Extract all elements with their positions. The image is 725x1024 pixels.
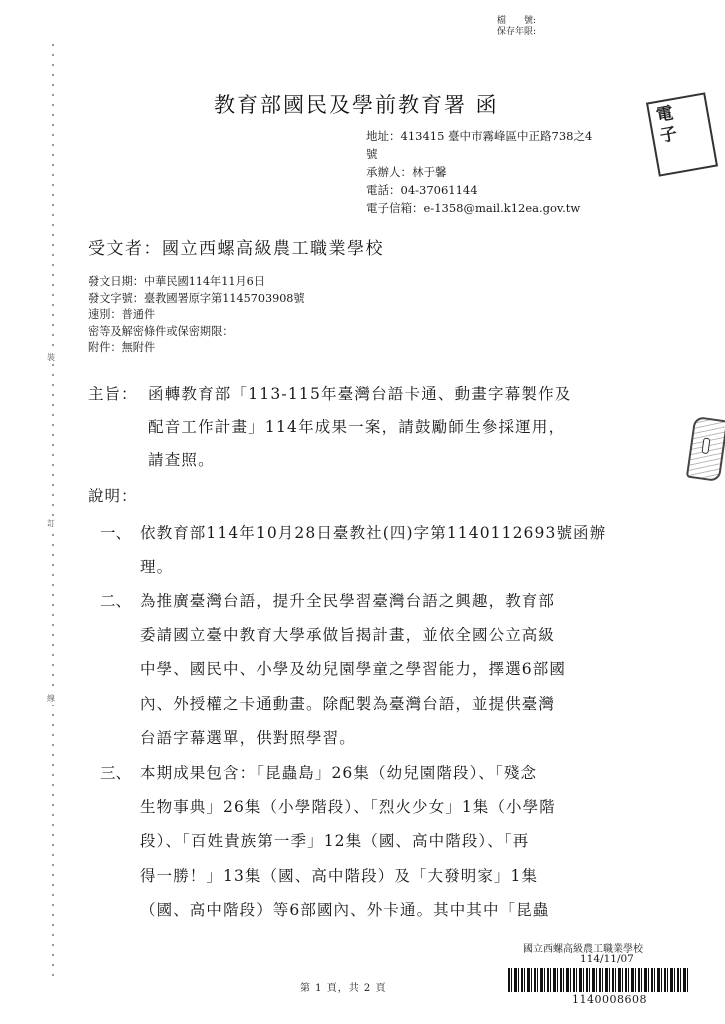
item-line: 委請國立臺中教育大學承做旨揭計畫，並依全國公立高級 bbox=[140, 618, 660, 652]
recipient: 受文者：國立西螺高級農工職業學校 bbox=[88, 234, 384, 259]
item-line: 內、外授權之卡通動畫。除配製為臺灣台語，並提供臺灣 bbox=[140, 687, 660, 721]
subject-line: 函轉教育部「113-115年臺灣台語卡通、動畫字幕製作及 bbox=[148, 378, 658, 411]
confidentiality: 密等及解密條件或保密期限： bbox=[88, 324, 305, 341]
item-body: 依教育部114年10月28日臺教社(四)字第1140112693號函辦 理。 bbox=[140, 516, 660, 584]
item-body: 本期成果包含：「昆蟲島」26集（幼兒園階段）、「殘念 生物事典」26集（小學階段… bbox=[140, 756, 660, 927]
page-indicator: 第 1 頁，共 2 頁 bbox=[300, 979, 386, 994]
stamp-col-left: 電子 bbox=[655, 102, 684, 147]
contact-email: 電子信箱：e-1358@mail.k12ea.gov.tw bbox=[366, 199, 656, 217]
dispatch-number: 發文字號：臺教國署原字第1145703908號 bbox=[88, 291, 305, 308]
item-line: 本期成果包含：「昆蟲島」26集（幼兒園階段）、「殘念 bbox=[140, 756, 660, 790]
item-line: 為推廣臺灣台語，提升全民學習臺灣台語之興趣，教育部 bbox=[140, 584, 660, 618]
explanation-label: 說明： bbox=[88, 484, 138, 506]
contact-phone: 電話：04-37061144 bbox=[366, 181, 656, 199]
item-line: 中學、國民中、小學及幼兒園學童之學習能力，擇選6部國 bbox=[140, 652, 660, 686]
item-line: （國、高中階段）等6部國內、外卡通。其中其中「昆蟲 bbox=[140, 893, 660, 927]
electronic-seal-stamp: 電子 bbox=[646, 92, 718, 176]
item-number: 一、 bbox=[100, 516, 131, 550]
document-title: 教育部國民及學前教育署 函 bbox=[214, 89, 499, 119]
seal-inner-mark bbox=[701, 437, 710, 454]
item-line: 台語字幕選單，供對照學習。 bbox=[140, 721, 660, 755]
item-line: 生物事典」26集（小學階段）、「烈火少女」1集（小學階 bbox=[140, 790, 660, 824]
dispatch-date: 發文日期：中華民國114年11月6日 bbox=[88, 274, 305, 291]
binding-mark-zhuang: 裝 bbox=[47, 352, 55, 364]
item-body: 為推廣臺灣台語，提升全民學習臺灣台語之興趣，教育部 委請國立臺中教育大學承做旨揭… bbox=[140, 584, 660, 755]
item-line: 理。 bbox=[140, 550, 660, 584]
file-number-label: 檔 號: bbox=[497, 16, 536, 27]
subject-label: 主旨： bbox=[88, 378, 138, 411]
subject-line: 請查照。 bbox=[148, 444, 658, 477]
subject-body: 函轉教育部「113-115年臺灣台語卡通、動畫字幕製作及 配音工作計畫」114年… bbox=[148, 378, 658, 477]
contact-address-cont: 號 bbox=[366, 145, 656, 163]
item-line: 依教育部114年10月28日臺教社(四)字第1140112693號函辦 bbox=[140, 516, 660, 550]
attachments: 附件：無附件 bbox=[88, 340, 305, 357]
contact-block: 地址：413415 臺中市霧峰區中正路738之4 號 承辦人：林于馨 電話：04… bbox=[366, 127, 656, 217]
contact-handler: 承辦人：林于馨 bbox=[366, 163, 656, 181]
item-line: 段）、「百姓貴族第一季」12集（國、高中階段）、「再 bbox=[140, 824, 660, 858]
file-meta: 檔 號: 保存年限: bbox=[497, 16, 536, 38]
dispatch-meta: 發文日期：中華民國114年11月6日 發文字號：臺教國署原字第114570390… bbox=[88, 274, 305, 357]
subject-line: 配音工作計畫」114年成果一案，請鼓勵師生參採運用， bbox=[148, 411, 658, 444]
binding-mark-ding: 訂 bbox=[47, 518, 55, 530]
speed-category: 速別：普通件 bbox=[88, 307, 305, 324]
item-number: 二、 bbox=[100, 584, 131, 618]
barcode-number: 1140008608 bbox=[572, 993, 647, 1006]
binding-dotted-line bbox=[52, 40, 54, 980]
receive-date: 114/11/07 bbox=[580, 953, 634, 965]
stamp-char: 電子 bbox=[655, 102, 684, 147]
barcode bbox=[508, 968, 688, 992]
retention-period-label: 保存年限: bbox=[497, 27, 536, 38]
binding-mark-xian: 線 bbox=[47, 693, 55, 705]
item-line: 得一勝！」13集（國、高中階段）及「大發明家」1集 bbox=[140, 859, 660, 893]
contact-address: 地址：413415 臺中市霧峰區中正路738之4 bbox=[366, 127, 656, 145]
seam-seal-stamp bbox=[686, 416, 725, 482]
item-number: 三、 bbox=[100, 756, 131, 790]
